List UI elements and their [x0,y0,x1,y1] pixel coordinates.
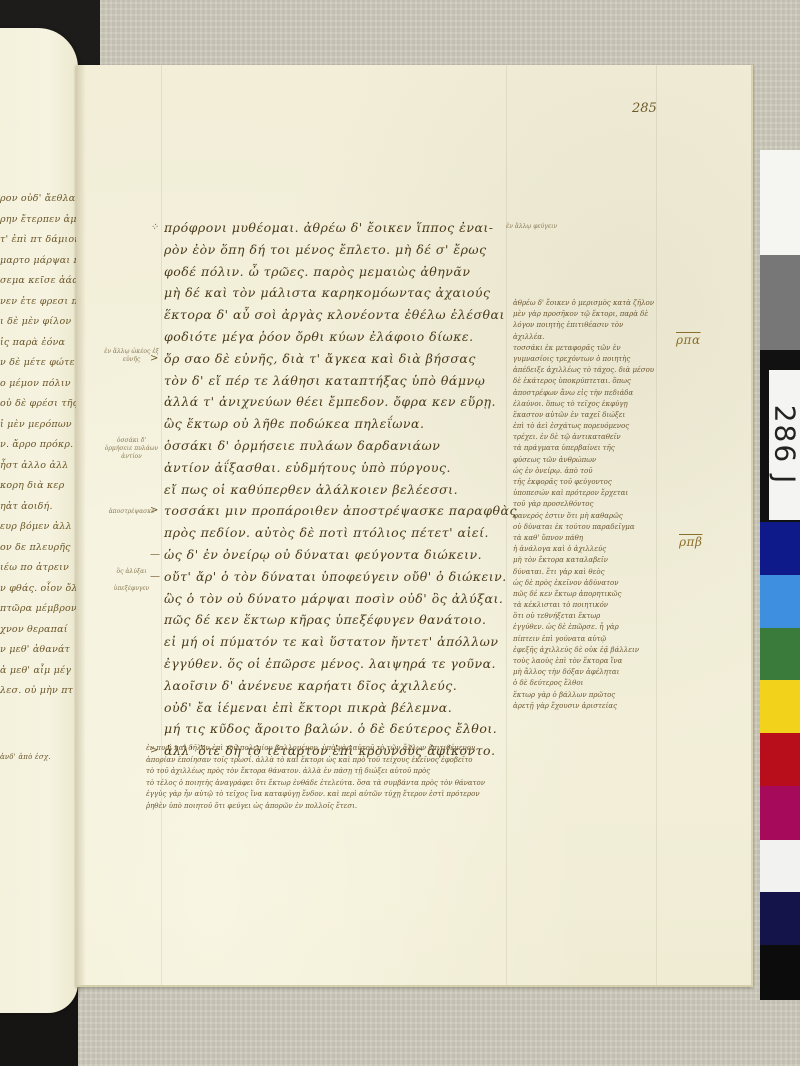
ruling-line [161,65,162,985]
text-line: εἰ μή οἱ πύματόν τε καὶ ὕστατον ἤντετ' ἀ… [164,631,514,653]
scholia-line: τρέχει. ἐν δὲ τῷ ἀντικαταθεῖν [513,432,663,443]
text-line: —ὡς δ' ἐν ὀνείρῳ οὐ δύναται φεύγοντα διώ… [164,544,514,566]
left-page-text-line: λεσ. οὐ μὴν πτ [0,685,78,696]
text-line: φοδέ πόλιν. ὦ τρῶες. παρὸς μεμαιὼς ἀθηνᾶ… [164,261,514,283]
scholia-line: ἐν πυρὶ καὶ δῆλον ἐπὶ τοῦ πολεμίου βαλλο… [146,743,656,755]
scholia-line: οὐ δύναται ἐκ τούτου παραδεῖγμα [513,522,663,533]
margin-gloss: ὃς ἀλύξαι [104,568,159,576]
color-patch-yellow [760,680,800,733]
text-line-content: ὄρ σαο δὲ εὐνῆς, διὰ τ' ἄγκεα καὶ διὰ βή… [164,351,476,366]
text-line: ἕκτορα δ' αὖ σοὶ ἀργὰς κλονέοντα ἐθέλω ἑ… [164,304,514,326]
line-marker: — [150,544,161,566]
color-patch-magenta [760,786,800,840]
scholia-line: ὑποπεσών καὶ πρότερον ἔρχεται [513,488,663,499]
scholia-line: μὲν γὰρ προσῆκον τῷ ἕκτορι, παρὰ δὲ [513,309,663,320]
color-patch-white-2 [760,840,800,892]
text-line: ρὸν ἐὸν ὅπη δή τοι μένος ἔπλετο. μὴ δέ σ… [164,239,514,261]
scholia-line: ἡ ἀνάλογα καὶ ὁ ἀχιλλεύς [513,544,663,555]
text-line: εἴ πως οἱ καθύπερθεν ἀλάλκοιεν βελέεσσι. [164,479,514,501]
text-line: μὴ δέ καὶ τὸν μάλιστα καρηκομόωντας ἀχαι… [164,282,514,304]
left-page-text-line: ἰς παρὰ ἐόνα [0,337,78,348]
scholia-line: ἀθρέω δ' ἔοικεν ὁ μερισμὸς κατὰ ζῆλον [513,298,663,309]
gutter-shadow [76,65,86,985]
scholia-line: ἕκτωρ γὰρ ὁ βάλλων πρῶτος [513,690,663,701]
scholia-right-column: ἀθρέω δ' ἔοικεν ὁ μερισμὸς κατὰ ζῆλονμὲν… [513,298,663,712]
scholia-line: δὲ ἑκάτερος ὑποκρύπτεται. ὅπως [513,376,663,387]
scholia-line: πῶς δέ κεν ἕκτωρ ἀπορητικῶς [513,589,663,600]
text-line-content: ὡς δ' ἐν ὀνείρῳ οὐ δύναται φεύγοντα διώκ… [164,547,482,562]
scholia-line: δύναται. ἔτι γὰρ καὶ θεὸς [513,567,663,578]
left-page-text-line: ν. ἄρρο πρόκρ. [0,439,78,450]
text-line-content: οὔτ' ἄρ' ὁ τὸν δύναται ὑποφεύγειν οὔθ' ὁ… [164,569,507,584]
margin-gloss: ὁσσάκι δ' ὁρμήσειε πυλάων ἀντίον [104,437,159,461]
left-page-text-line: ιέω πο ἀτρειν [0,562,78,573]
calibration-label: 286 J [769,370,800,520]
scholia-line: ἀχιλλέα. [513,332,663,343]
text-line: οὐδ' ἔα ἱέμεναι ἐπὶ ἕκτορι πικρὰ βέλεμνα… [164,697,514,719]
scholia-line: ὅτι οὐ τεθνήξεται ἕκτωρ [513,611,663,622]
text-line: ὣς ἕκτωρ οὐ λῆθε ποδώκεα πηλεΐωνα. [164,413,514,435]
scholia-line: τῆς ἐκφορᾶς τοῦ φεύγοντος [513,477,663,488]
scholia-line: ἀπορίαν ἐποίησαν τοῖς τρωσί. ἀλλὰ τὸ καὶ… [146,755,656,767]
folio-number: 285 [632,101,657,116]
text-line: ἀλλά τ' ἀνιχνεύων θέει ἔμπεδον. ὄφρα κεν… [164,391,514,413]
left-page-text-line: ο μέμον πόλιν [0,378,78,389]
text-line: ⁘πρόφρονι μυθέομαι. ἀθρέω δ' ἔοικεν ἵππο… [164,217,514,239]
scholia-line: ὡς ἐν ὀνείρῳ. ἀπὸ τοῦ [513,466,663,477]
left-page-text-line: σεμα κεῖσε ἀάατη [0,275,78,286]
left-page-text-line: ἧστ ἀλλο ἀλλ [0,460,78,471]
margin-gloss: ἀποστρέψασκε [104,508,159,516]
calibration-label-text: 286 J [768,405,800,486]
left-page-text-line: κορη διὰ κερ [0,480,78,491]
left-page-text-line: ηἀτ ἀοιδή. [0,501,78,512]
scholia-line: λόγον ποιητὴς ἐπιτιθέασιν τὸν [513,320,663,331]
left-page-text-line: νεν ἐτε φρεσι προ [0,296,78,307]
left-page-text-line: πτῶρα μέμβρον [0,603,78,614]
scholia-line: ἐλαύνοι. ὅπως τὸ τεῖχος ἐκφύγῃ [513,399,663,410]
text-line: φοδιότε μέγα ῥόον ὄρθι κύων ἐλάφοιο δίωκ… [164,326,514,348]
scholia-line: τοσσάκι ἐκ μεταφορᾶς τῶν ἐν [513,343,663,354]
color-patch-blue [760,522,800,575]
scholia-line: ὡς δὲ πρὸς ἐκεῖνον ἀδύνατον [513,578,663,589]
scholia-line: πίπτειν ἐπὶ γούνατα αὐτῷ [513,634,663,645]
scholia-line: ἕκαστον αὐτῶν ἐν ταχεῖ διώξει [513,410,663,421]
scholia-line: μὴ ἄλλος τὴν δόξαν ἀφέληται [513,667,663,678]
scholia-line: τὸ τοῦ ἀχιλλέως πρὸς τὸν ἕκτορα θάνατον.… [146,766,656,778]
text-line: >τοσσάκι μιν προπάροιθεν ἀποστρέψασκε πα… [164,500,514,522]
scholia-bottom-block: ἐν πυρὶ καὶ δῆλον ἐπὶ τοῦ πολεμίου βαλλο… [146,743,656,812]
margin-gloss: ὑπεξέφυγεν [104,585,159,593]
scholia-line: ἀρετῇ γὰρ ἔχουσιν ἀριστείας [513,701,663,712]
scholia-line: φύσεως τῶν ἀνθρώπων [513,455,663,466]
text-line: λαοῖσιν δ' ἀνένευε καρήατι δῖος ἀχιλλεύς… [164,675,514,697]
main-text-block: ⁘πρόφρονι μυθέομαι. ἀθρέω δ' ἔοικεν ἵππο… [164,217,514,762]
left-page-text-line: ευρ βόμεν ἀλλ [0,521,78,532]
scholia-line: τὰ κέκλισται τὸ ποιητικόν [513,600,663,611]
left-page-text-line: ν δὲ μέτε φώτε [0,357,78,368]
section-mark: ρπβ [679,535,702,549]
left-page-text-line: οὐ δὲ φρέσι τῆς [0,398,78,409]
text-line-content: πρόφρονι μυθέομαι. ἀθρέω δ' ἔοικεν ἵππος… [164,220,494,235]
text-line: ἐγγύθεν. ὅς οἱ ἐπῶρσε μένος. λαιψηρά τε … [164,653,514,675]
text-line: —οὔτ' ἄρ' ὁ τὸν δύναται ὑποφεύγειν οὔθ' … [164,566,514,588]
left-page-text-line: τ' ἐπὶ πτ δάμιον [0,234,78,245]
text-line: τὸν δ' εἴ πέρ τε λάθησι καταπτήξας ὑπὸ θ… [164,370,514,392]
left-page-text-line: μαρτο μάρψαι πι [0,255,78,266]
left-page-text-line: ρον οὐδ' ἄεθλα. [0,193,78,204]
left-page-footer-note: ἀνδ' ἀπὸ ἐσχ. [0,753,78,761]
scholia-line: μὴ τὸν ἕκτορα καταλαβεῖν [513,555,663,566]
text-line: ὣς ὁ τὸν οὐ δύνατο μάρψαι ποσὶν οὐδ' ὃς … [164,588,514,610]
left-page-text-line: χνον θεραπαί [0,624,78,635]
scholia-line: τὰ καθ' ὕπνον πάθη [513,533,663,544]
text-line: πῶς δέ κεν ἕκτωρ κῆρας ὑπεξέφυγεν θανάτο… [164,609,514,631]
text-line: πρὸς πεδίον. αὐτὸς δὲ ποτὶ πτόλιος πέτετ… [164,522,514,544]
left-folio-fragment: ρον οὐδ' ἄεθλα.ρην ἔτερπεν ἀμφίαρ.τ' ἐπὶ… [0,28,78,1013]
color-patch-black-2 [760,945,800,1000]
left-page-text-line: ν μεθ' ἀθανάτ [0,644,78,655]
text-line: >ὄρ σαο δὲ εὐνῆς, διὰ τ' ἄγκεα καὶ διὰ β… [164,348,514,370]
scholia-line: τοῦ γὰρ προσελθόντος [513,499,663,510]
text-line-content: τοσσάκι μιν προπάροιθεν ἀποστρέψασκε παρ… [164,503,517,518]
left-page-text-line: ρην ἔτερπεν ἀμφίαρ. [0,214,78,225]
scholia-line: φανερός ἐστιν ὅτι μὴ καθαρῶς [513,511,663,522]
scholia-line: ἀποστρέφων ἄνω εἰς τὴν πεδιάδα [513,388,663,399]
text-line: ἀντίον ἀΐξασθαι. εὐδμήτους ὑπὸ πύργους. [164,457,514,479]
manuscript-folio: 285 ἐν ἄλλῳ φεύγειν ⁘πρόφρονι μυθέομαι. … [76,65,753,987]
section-mark: ρπα [676,333,701,347]
color-calibration-strip [760,150,800,1000]
left-page-text-line: ι δὲ μὲν φίλον [0,316,78,327]
scholia-line: ἐφεξῆς ἀχιλλεύς δὲ οὐκ ἐᾷ βάλλειν [513,645,663,656]
scholia-line: τὰ πράγματα ὑπερβαίνει τῆς [513,443,663,454]
color-patch-cyan [760,575,800,628]
text-line: ὁσσάκι δ' ὁρμήσειε πυλάων δαρδανιάων [164,435,514,457]
color-patch-green [760,628,800,680]
scholia-line: ῥηθὲν ὑπὸ ποιητοῦ ὅτι φεύγει ὡς ἀπορῶν ἐ… [146,801,656,813]
left-page-text-line: ἀ μεθ' αἶμ μέγ [0,665,78,676]
text-line: μή τις κῦδος ἄροιτο βαλών. ὁ δὲ δεύτερος… [164,718,514,740]
scholia-line: ἐγγύθεν. ὡς δὲ ἐπῶρσε. ἦ γὰρ [513,622,663,633]
left-page-text-line: ον δε πλευρῆς [0,542,78,553]
left-page-text-line: ν φθάς. οἷον ὄλ [0,583,78,594]
left-page-text-line: ἰ μὲν μερόπων [0,419,78,430]
color-patch-red [760,733,800,786]
scholia-line: ἀπέδειξε ἀχιλλέως τὸ τάχος. διὰ μέσου [513,365,663,376]
scholia-line: ἐγγὺς γὰρ ἦν αὐτῷ τὸ τεῖχος ἵνα καταφύγῃ… [146,789,656,801]
scholia-line: ἐπὶ τὸ ἀεὶ ἐσχάτως πορευόμενος [513,421,663,432]
scholia-line: τοὺς λαοὺς ἐπὶ τὸν ἕκτορα ἵνα [513,656,663,667]
scholia-line: ὁ δὲ δεύτερος ἔλθοι [513,678,663,689]
color-patch-navy [760,892,800,945]
color-patch-white [760,150,800,255]
scholia-line: τὸ τέλος ὁ ποιητὴς ἀναγράφει ὅτι ἕκτωρ ἐ… [146,778,656,790]
scholia-line: γυμνασίοις τρεχόντων ὁ ποιητὴς [513,354,663,365]
line-marker: ⁘ [150,217,159,239]
margin-gloss: ἐν ἄλλῳ ὠκέος ἐξ εὐνῆς [104,348,159,364]
color-patch-gray [760,255,800,350]
